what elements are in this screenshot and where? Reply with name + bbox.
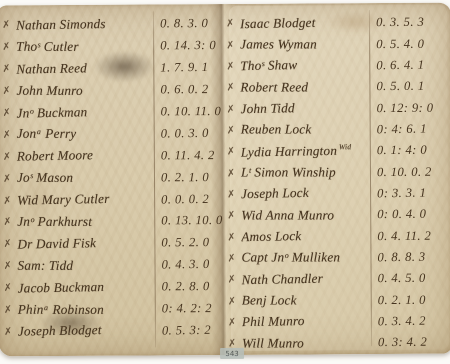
ledger-row: ✗Thoˢ Cutler0. 14. 3: 0 [2, 35, 214, 58]
entry-name: Wid Anna Munro [241, 207, 370, 223]
check-mark-icon: ✗ [3, 304, 18, 316]
entry-amount: 0. 12: 9: 0 [370, 100, 446, 115]
entry-name: Will Munro [242, 335, 371, 351]
entry-amount: 0. 3: 4. 2 [371, 335, 447, 350]
ledger-row: ✗Lᵗ Simon Winship0. 10. 0. 2 [227, 161, 446, 184]
check-mark-icon: ✗ [227, 252, 242, 264]
ledger-row: ✗Nath Chandler0. 4. 5. 0 [228, 268, 447, 291]
ledger-row: ✗Nathan Reed1. 7. 9. 1 [2, 57, 214, 80]
entry-name: Robert Moore [17, 146, 154, 165]
ledger-row: ✗Wid Anna Munro0: 0. 4. 0 [227, 204, 446, 227]
entry-amount: 0. 0. 3. 0 [154, 126, 215, 142]
check-mark-icon: ✗ [227, 209, 242, 221]
check-mark-icon: ✗ [2, 172, 17, 184]
entry-name: Nathan Simonds [16, 15, 153, 34]
entry-name: Joseph Lock [241, 184, 370, 202]
check-mark-icon: ✗ [226, 60, 241, 72]
ledger-row: ✗Joseph Blodget0. 5. 3: 2 [4, 320, 216, 343]
ledger-row: ✗Wid Mary Cutler0. 0. 0. 2 [3, 188, 215, 211]
ledger-row: ✗Benj Lock0. 2. 1. 0 [228, 289, 447, 312]
entry-amount: 0. 10. 11. 0 [154, 104, 222, 119]
entry-name: James Wyman [240, 36, 369, 52]
entry-name: Capt Jnᵒ Mulliken [241, 250, 370, 266]
entry-amount: 0. 3. 4. 2 [371, 313, 447, 329]
right-page: ✗Isaac Blodget0. 3. 5. 3✗James Wyman0. 5… [226, 3, 447, 355]
check-mark-icon: ✗ [3, 216, 18, 228]
entry-name: Jnᵒ Buckman [16, 103, 153, 122]
entry-amount: 0: 3. 3. 1 [370, 185, 446, 201]
right-page-rows: ✗Isaac Blodget0. 3. 5. 3✗James Wyman0. 5… [226, 12, 447, 355]
manuscript-photo: ✗Nathan Simonds0. 8. 3. 0✗Thoˢ Cutler0. … [0, 0, 450, 364]
check-mark-icon: ✗ [3, 194, 18, 206]
check-mark-icon: ✗ [227, 295, 242, 307]
entry-amount: 0. 5. 2. 0 [154, 235, 215, 250]
entry-amount: 0. 1: 4: 0 [370, 143, 446, 158]
entry-name: Lᵗ Simon Winship [241, 165, 370, 181]
entry-amount: 0. 4. 3. 0 [154, 257, 215, 273]
entry-amount: 0. 14. 3: 0 [153, 38, 216, 53]
catalog-stamp: 543 [220, 348, 244, 359]
ledger-paper: ✗Nathan Simonds0. 8. 3. 0✗Thoˢ Cutler0. … [0, 3, 450, 357]
ledger-row: ✗Will Munro0. 3: 4. 2 [228, 332, 447, 355]
entry-amount: 0. 5. 3: 2 [155, 323, 216, 339]
check-mark-icon: ✗ [226, 167, 241, 179]
entry-amount: 1. 7. 9. 1 [153, 60, 214, 76]
entry-name: John Tidd [240, 99, 369, 117]
check-mark-icon: ✗ [2, 85, 17, 97]
check-mark-icon: ✗ [225, 17, 240, 29]
entry-amount: 0. 3. 5. 3 [369, 15, 445, 30]
entry-amount: 0. 2. 1. 0 [154, 170, 215, 185]
entry-amount: 0. 2. 1. 0 [371, 292, 447, 307]
check-mark-icon: ✗ [227, 188, 242, 200]
entry-name: Phil Munro [242, 312, 371, 330]
ledger-row: ✗John Tidd0. 12: 9: 0 [227, 97, 446, 120]
ledger-row: ✗Jonᵃ Perry0. 0. 3. 0 [3, 123, 215, 146]
check-mark-icon: ✗ [226, 81, 241, 93]
check-mark-icon: ✗ [2, 150, 17, 162]
entry-name: Reuben Lock [241, 122, 370, 138]
entry-amount: 0. 11. 4. 2 [154, 148, 215, 163]
ledger-row: ✗Joˢ Mason0. 2. 1. 0 [3, 166, 215, 189]
left-page: ✗Nathan Simonds0. 8. 3. 0✗Thoˢ Cutler0. … [2, 4, 216, 356]
ledger-row: ✗Joseph Lock0: 3. 3. 1 [227, 182, 446, 205]
entry-amount: 0: 4: 6. 1 [370, 121, 446, 137]
check-mark-icon: ✗ [227, 316, 242, 328]
entry-amount: 0: 0. 4. 0 [370, 207, 446, 222]
check-mark-icon: ✗ [3, 325, 18, 337]
ledger-row: ✗James Wyman0. 5. 4. 0 [226, 33, 445, 56]
check-mark-icon: ✗ [2, 63, 17, 75]
entry-name: Sam: Tidd [18, 258, 155, 274]
entry-name: Nath Chandler [241, 270, 370, 288]
entry-name: Wid Mary Cutler [17, 190, 154, 209]
check-mark-icon: ✗ [226, 103, 241, 115]
ledger-row: ✗Sam: Tidd0. 4. 3. 0 [3, 254, 215, 277]
entry-amount: 0. 8. 8. 3 [370, 249, 446, 265]
entry-amount: 0. 13. 10. 0 [154, 213, 223, 228]
check-mark-icon: ✗ [226, 39, 241, 51]
ledger-row: ✗Capt Jnᵒ Mulliken0. 8. 8. 3 [227, 246, 446, 269]
check-mark-icon: ✗ [2, 107, 17, 119]
ledger-row: ✗Reuben Lock0: 4: 6. 1 [227, 118, 446, 141]
entry-name: Phinᵃ Robinson [18, 301, 155, 317]
ledger-row: ✗Dr David Fisk0. 5. 2. 0 [3, 232, 215, 255]
ledger-row: ✗John Munro0. 6. 0. 2 [2, 79, 214, 102]
entry-amount: 0. 10. 0. 2 [370, 164, 446, 179]
entry-name: Jnᵒ Parkhurst [17, 214, 154, 230]
entry-name: Jacob Buckman [18, 278, 155, 297]
check-mark-icon: ✗ [226, 145, 241, 157]
entry-amount: 0. 6. 4. 1 [369, 57, 445, 73]
superscript-note: Wid [339, 142, 351, 151]
entry-name: Thoˢ Cutler [16, 39, 153, 55]
ledger-row: ✗Jnᵒ Parkhurst0. 13. 10. 0 [3, 210, 215, 233]
check-mark-icon: ✗ [3, 282, 18, 294]
check-mark-icon: ✗ [226, 124, 241, 136]
check-mark-icon: ✗ [3, 260, 18, 272]
entry-amount: 0. 5. 4. 0 [369, 36, 445, 51]
ledger-row: ✗Amos Lock0. 4. 11. 2 [227, 225, 446, 248]
entry-amount: 0. 5. 0. 1 [369, 79, 445, 94]
entry-amount: 0: 4. 2: 2 [155, 301, 216, 316]
entry-name: Joˢ Mason [17, 170, 154, 186]
ledger-row: ✗Phil Munro0. 3. 4. 2 [228, 310, 447, 333]
entry-amount: 0. 4. 11. 2 [370, 228, 446, 243]
entry-name: Lydia HarringtonWid [241, 141, 370, 160]
left-page-rows: ✗Nathan Simonds0. 8. 3. 0✗Thoˢ Cutler0. … [2, 13, 216, 343]
entry-name: Benj Lock [242, 293, 371, 309]
ledger-row: ✗Isaac Blodget0. 3. 5. 3 [226, 12, 445, 35]
ledger-row: ✗Lydia HarringtonWid0. 1: 4: 0 [227, 140, 446, 163]
entry-name: Robert Reed [240, 79, 369, 95]
entry-amount: 0. 8. 3. 0 [153, 17, 214, 32]
check-mark-icon: ✗ [3, 238, 18, 250]
entry-amount: 0. 0. 0. 2 [154, 191, 215, 207]
entry-name: Dr David Fisk [17, 234, 154, 253]
ledger-row: ✗Robert Moore0. 11. 4. 2 [3, 144, 215, 167]
ledger-row: ✗Jacob Buckman0. 2. 8. 0 [4, 276, 216, 299]
ledger-row: ✗Nathan Simonds0. 8. 3. 0 [2, 13, 214, 36]
entry-name: Isaac Blodget [240, 14, 369, 32]
entry-name: Amos Lock [241, 227, 370, 245]
ledger-row: ✗Jnᵒ Buckman0. 10. 11. 0 [3, 101, 215, 124]
entry-name: Joseph Blodget [18, 322, 155, 341]
entry-name: Thoˢ Shaw [240, 56, 369, 74]
ledger-row: ✗Robert Reed0. 5. 0. 1 [226, 76, 445, 99]
entry-name: Jonᵃ Perry [17, 126, 154, 142]
ledger-row: ✗Phinᵃ Robinson0: 4. 2: 2 [4, 298, 216, 321]
entry-name: Nathan Reed [16, 59, 153, 78]
entry-amount: 0. 6. 0. 2 [153, 82, 214, 97]
check-mark-icon: ✗ [227, 231, 242, 243]
check-mark-icon: ✗ [2, 128, 17, 140]
check-mark-icon: ✗ [1, 19, 16, 31]
check-mark-icon: ✗ [2, 41, 17, 53]
check-mark-icon: ✗ [227, 273, 242, 285]
entry-amount: 0. 2. 8. 0 [155, 279, 216, 294]
entry-name: John Munro [16, 82, 153, 98]
ledger-row: ✗Thoˢ Shaw0. 6. 4. 1 [226, 54, 445, 77]
entry-amount: 0. 4. 5. 0 [371, 271, 447, 286]
